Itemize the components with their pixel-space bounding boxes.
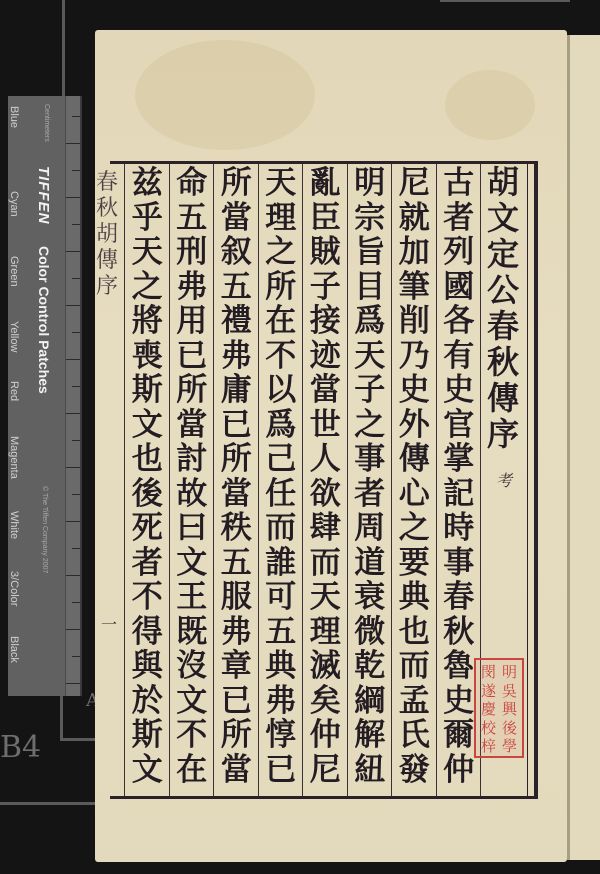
color-control-strip: Blue Cyan Green Yellow Red Magenta White… — [8, 96, 82, 696]
patch-label-blue: Blue — [8, 106, 20, 128]
text-column: 亂臣賊子接迹當世人欲肆而天理滅矣仲尼 — [302, 164, 348, 796]
text-column: 尼就加筆削乃史外傳心之要典也而孟氏發 — [391, 164, 437, 796]
mat-grid-line-horizontal — [60, 738, 96, 741]
page-number: 一 — [101, 612, 117, 635]
unit-label: Centimeters — [43, 104, 50, 142]
patch-label-3color: 3/Color — [8, 571, 20, 606]
adjacent-page-edge — [567, 35, 600, 860]
seal-left-column: 閔遂慶校梓 — [481, 663, 496, 753]
text-column: 明宗旨目爲天子之事者周道衰微乾綱解紐 — [347, 164, 393, 796]
text-column: 兹乎天之將喪斯文也後死者不得與於斯文 — [124, 164, 170, 796]
patch-label-magenta: Magenta — [8, 436, 20, 479]
patch-label-black: Black — [8, 636, 20, 663]
margin-column: 春秋胡傳序 春秋胡傳序 — [96, 164, 118, 796]
text-column: 天理之所在不以爲己任而誰可五典弗惇已 — [258, 164, 304, 796]
copyright-text: © The Tiffen Company 2007 — [41, 486, 48, 573]
seal-right-column: 明吳興後學 — [502, 663, 517, 753]
author-mark: 考 — [496, 468, 512, 491]
mat-grid-line-horizontal — [0, 802, 95, 805]
patch-label-white: White — [8, 511, 20, 539]
red-seal-stamp: 明吳興後學 閔遂慶校梓 — [474, 658, 524, 758]
mat-grid-line-vertical — [60, 696, 63, 741]
patch-label-cyan: Cyan — [8, 191, 20, 217]
mat-grid-line-vertical — [62, 0, 65, 96]
brand-logo: TIFFEN — [35, 166, 52, 225]
grid-label: B4 — [0, 730, 41, 765]
patch-label-green: Green — [8, 256, 20, 287]
patch-label-red: Red — [8, 381, 20, 401]
mat-grid-line-horizontal — [440, 0, 570, 2]
patch-label-yellow: Yellow — [8, 321, 20, 352]
text-column: 命五刑弗用已所當討故曰文王既沒文不在 — [169, 164, 215, 796]
ruler-scale — [65, 96, 80, 696]
product-name: Color Control Patches — [36, 246, 52, 394]
text-column: 所當叙五禮弗庸已所當秩五服弗章已所當 — [213, 164, 259, 796]
